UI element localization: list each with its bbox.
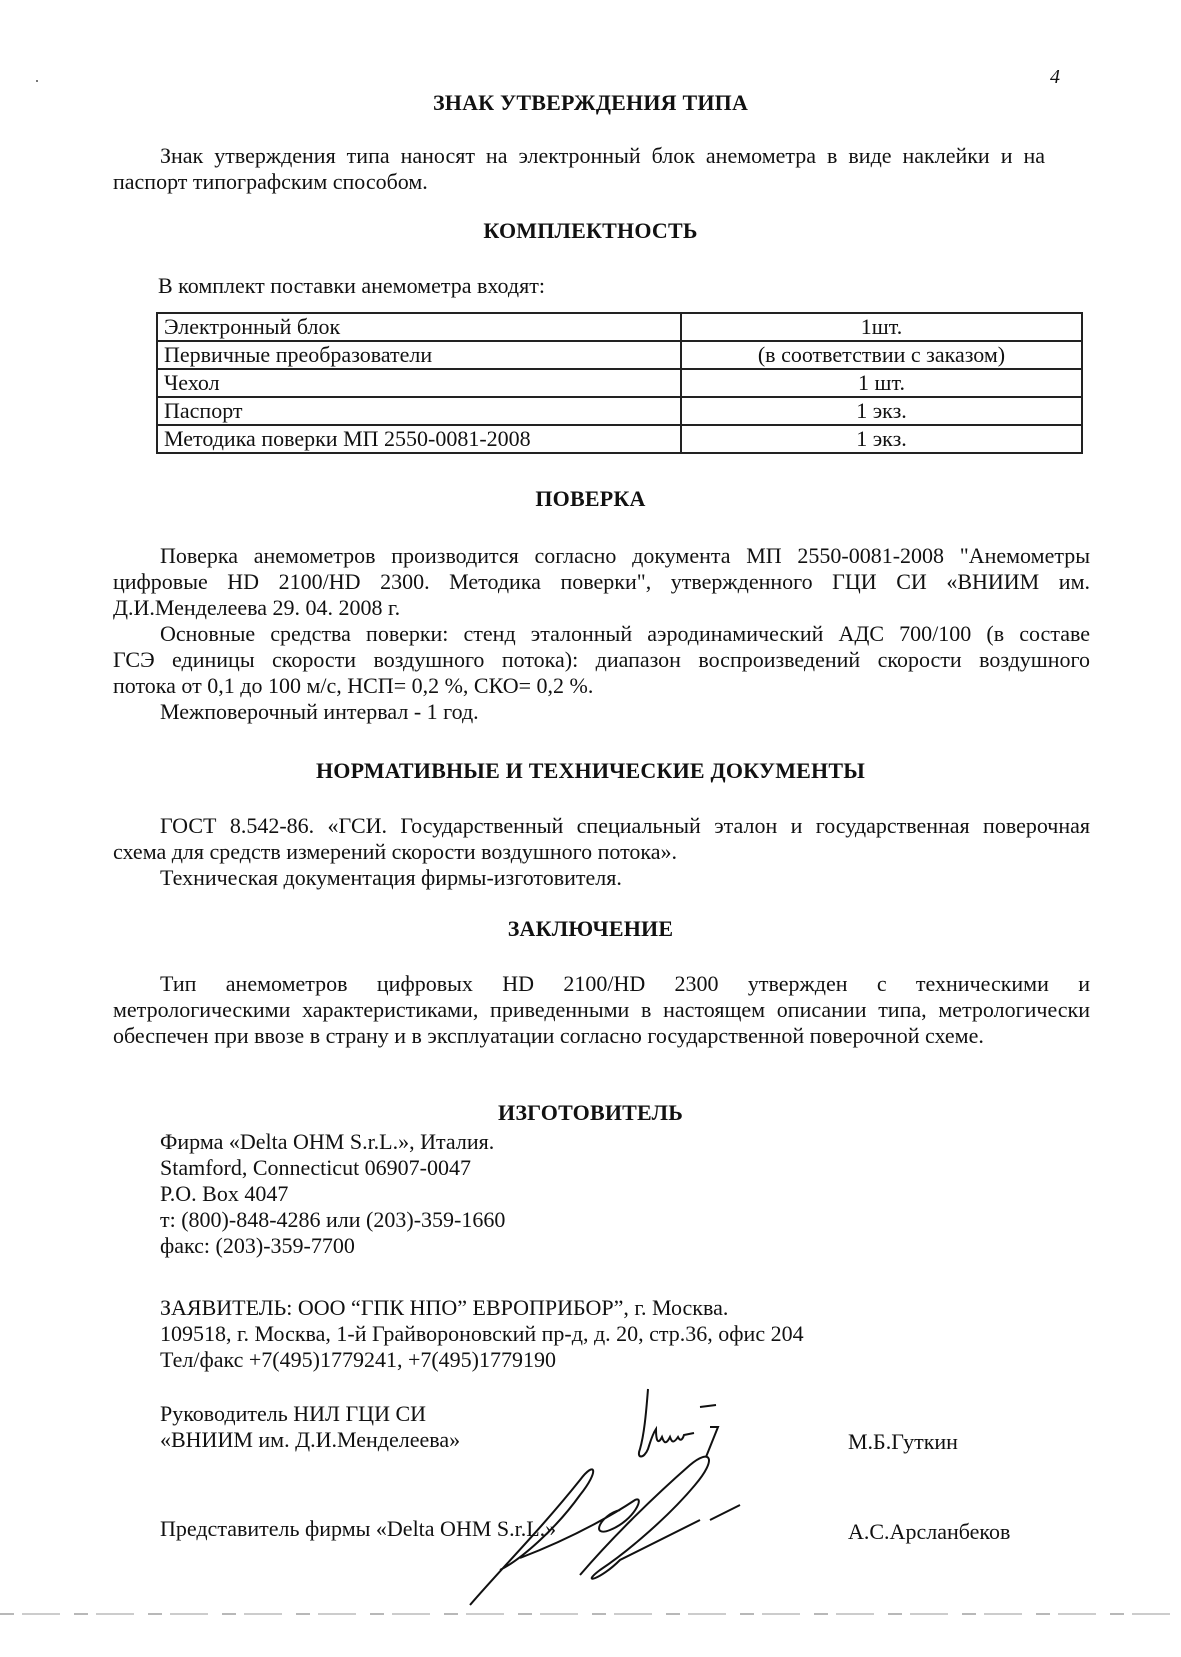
verification-interval: Межповерочный интервал - 1 год.	[160, 698, 479, 726]
section-title-conclusion: ЗАКЛЮЧЕНИЕ	[0, 916, 1181, 942]
section-title-normative: НОРМАТИВНЫЕ И ТЕХНИЧЕСКИЕ ДОКУМЕНТЫ	[0, 758, 1181, 784]
qty-cell: 1 экз.	[681, 397, 1082, 425]
manufacturer-line: Stamford, Connecticut 06907-0047	[160, 1154, 471, 1182]
manufacturer-line: факс: (203)-359-7700	[160, 1232, 355, 1260]
signature-representative-icon	[460, 1440, 800, 1610]
table-row: Методика поверки МП 2550-0081-2008 1 экз…	[157, 425, 1082, 453]
conclusion-text-2: метрологическими характеристиками, приве…	[113, 996, 1090, 1024]
conclusion-line-3: обеспечен при ввозе в страну и в эксплуа…	[113, 1022, 984, 1050]
normative-p2: Техническая документация фирмы-изготовит…	[160, 864, 622, 892]
table-row: Первичные преобразователи (в соответстви…	[157, 341, 1082, 369]
verification-p1-text-2: цифровые HD 2100/HD 2300. Методика повер…	[113, 568, 1090, 596]
item-cell: Паспорт	[157, 397, 681, 425]
table-row: Паспорт 1 экз.	[157, 397, 1082, 425]
section-title-type-mark: ЗНАК УТВЕРЖДЕНИЯ ТИПА	[0, 90, 1181, 116]
verification-p1-line-2: цифровые HD 2100/HD 2300. Методика повер…	[113, 568, 1090, 596]
conclusion-text-1: Тип анемометров цифровых HD 2100/HD 2300…	[160, 970, 1090, 998]
normative-p1-line-2: схема для средств измерений скорости воз…	[113, 838, 677, 866]
scan-speck	[36, 80, 38, 82]
table-row: Электронный блок 1шт.	[157, 313, 1082, 341]
verification-p2-text-1: Основные средства поверки: стенд эталонн…	[160, 620, 1090, 648]
type-mark-line-1: Знак утверждения типа наносят на электро…	[160, 142, 1045, 170]
type-mark-line-2: паспорт типографским способом.	[113, 168, 428, 196]
qty-cell: (в соответствии с заказом)	[681, 341, 1082, 369]
item-cell: Первичные преобразователи	[157, 341, 681, 369]
item-cell: Методика поверки МП 2550-0081-2008	[157, 425, 681, 453]
verification-p2-line-2: ГСЭ единицы скорости воздушного потока):…	[113, 646, 1090, 674]
manufacturer-line: т: (800)-848-4286 или (203)-359-1660	[160, 1206, 505, 1234]
verification-p1-line-1: Поверка анемометров производится согласн…	[160, 542, 1090, 570]
table-row: Чехол 1 шт.	[157, 369, 1082, 397]
section-title-manufacturer: ИЗГОТОВИТЕЛЬ	[0, 1100, 1181, 1126]
applicant-line: Тел/факс +7(495)1779241, +7(495)1779190	[160, 1346, 556, 1374]
page-number: 4	[1050, 66, 1060, 89]
normative-p1-text-1: ГОСТ 8.542-86. «ГСИ. Государственный спе…	[160, 812, 1090, 840]
head-name: М.Б.Гуткин	[848, 1428, 958, 1456]
verification-p2-text-2: ГСЭ единицы скорости воздушного потока):…	[113, 646, 1090, 674]
conclusion-line-1: Тип анемометров цифровых HD 2100/HD 2300…	[160, 970, 1090, 998]
item-cell: Электронный блок	[157, 313, 681, 341]
verification-p1-text-1: Поверка анемометров производится согласн…	[160, 542, 1090, 570]
section-title-verification: ПОВЕРКА	[0, 486, 1181, 512]
normative-p1-line-1: ГОСТ 8.542-86. «ГСИ. Государственный спе…	[160, 812, 1090, 840]
head-title-line-2: «ВНИИМ им. Д.И.Менделеева»	[160, 1426, 460, 1454]
applicant-line: ЗАЯВИТЕЛЬ: ООО “ГПК НПО” ЕВРОПРИБОР”, г.…	[160, 1294, 728, 1322]
type-mark-text-1: Знак утверждения типа наносят на электро…	[160, 142, 1045, 170]
scan-artifact-line	[0, 1613, 1181, 1615]
item-cell: Чехол	[157, 369, 681, 397]
verification-p1-line-3: Д.И.Менделеева 29. 04. 2008 г.	[113, 594, 400, 622]
representative-name: А.С.Арсланбеков	[848, 1518, 1010, 1546]
manufacturer-line: P.O. Box 4047	[160, 1180, 288, 1208]
conclusion-line-2: метрологическими характеристиками, приве…	[113, 996, 1090, 1024]
manufacturer-line: Фирма «Delta OHM S.r.L.», Италия.	[160, 1128, 494, 1156]
qty-cell: 1 экз.	[681, 425, 1082, 453]
qty-cell: 1 шт.	[681, 369, 1082, 397]
section-title-completeness: КОМПЛЕКТНОСТЬ	[0, 218, 1181, 244]
completeness-table: Электронный блок 1шт. Первичные преобраз…	[156, 312, 1083, 454]
verification-p2-line-3: потока от 0,1 до 100 м/с, НСП= 0,2 %, СК…	[113, 672, 593, 700]
applicant-line: 109518, г. Москва, 1-й Грайвороновский п…	[160, 1320, 804, 1348]
completeness-intro: В комплект поставки анемометра входят:	[158, 272, 545, 300]
head-title-line-1: Руководитель НИЛ ГЦИ СИ	[160, 1400, 426, 1428]
qty-cell: 1шт.	[681, 313, 1082, 341]
verification-p2-line-1: Основные средства поверки: стенд эталонн…	[160, 620, 1090, 648]
